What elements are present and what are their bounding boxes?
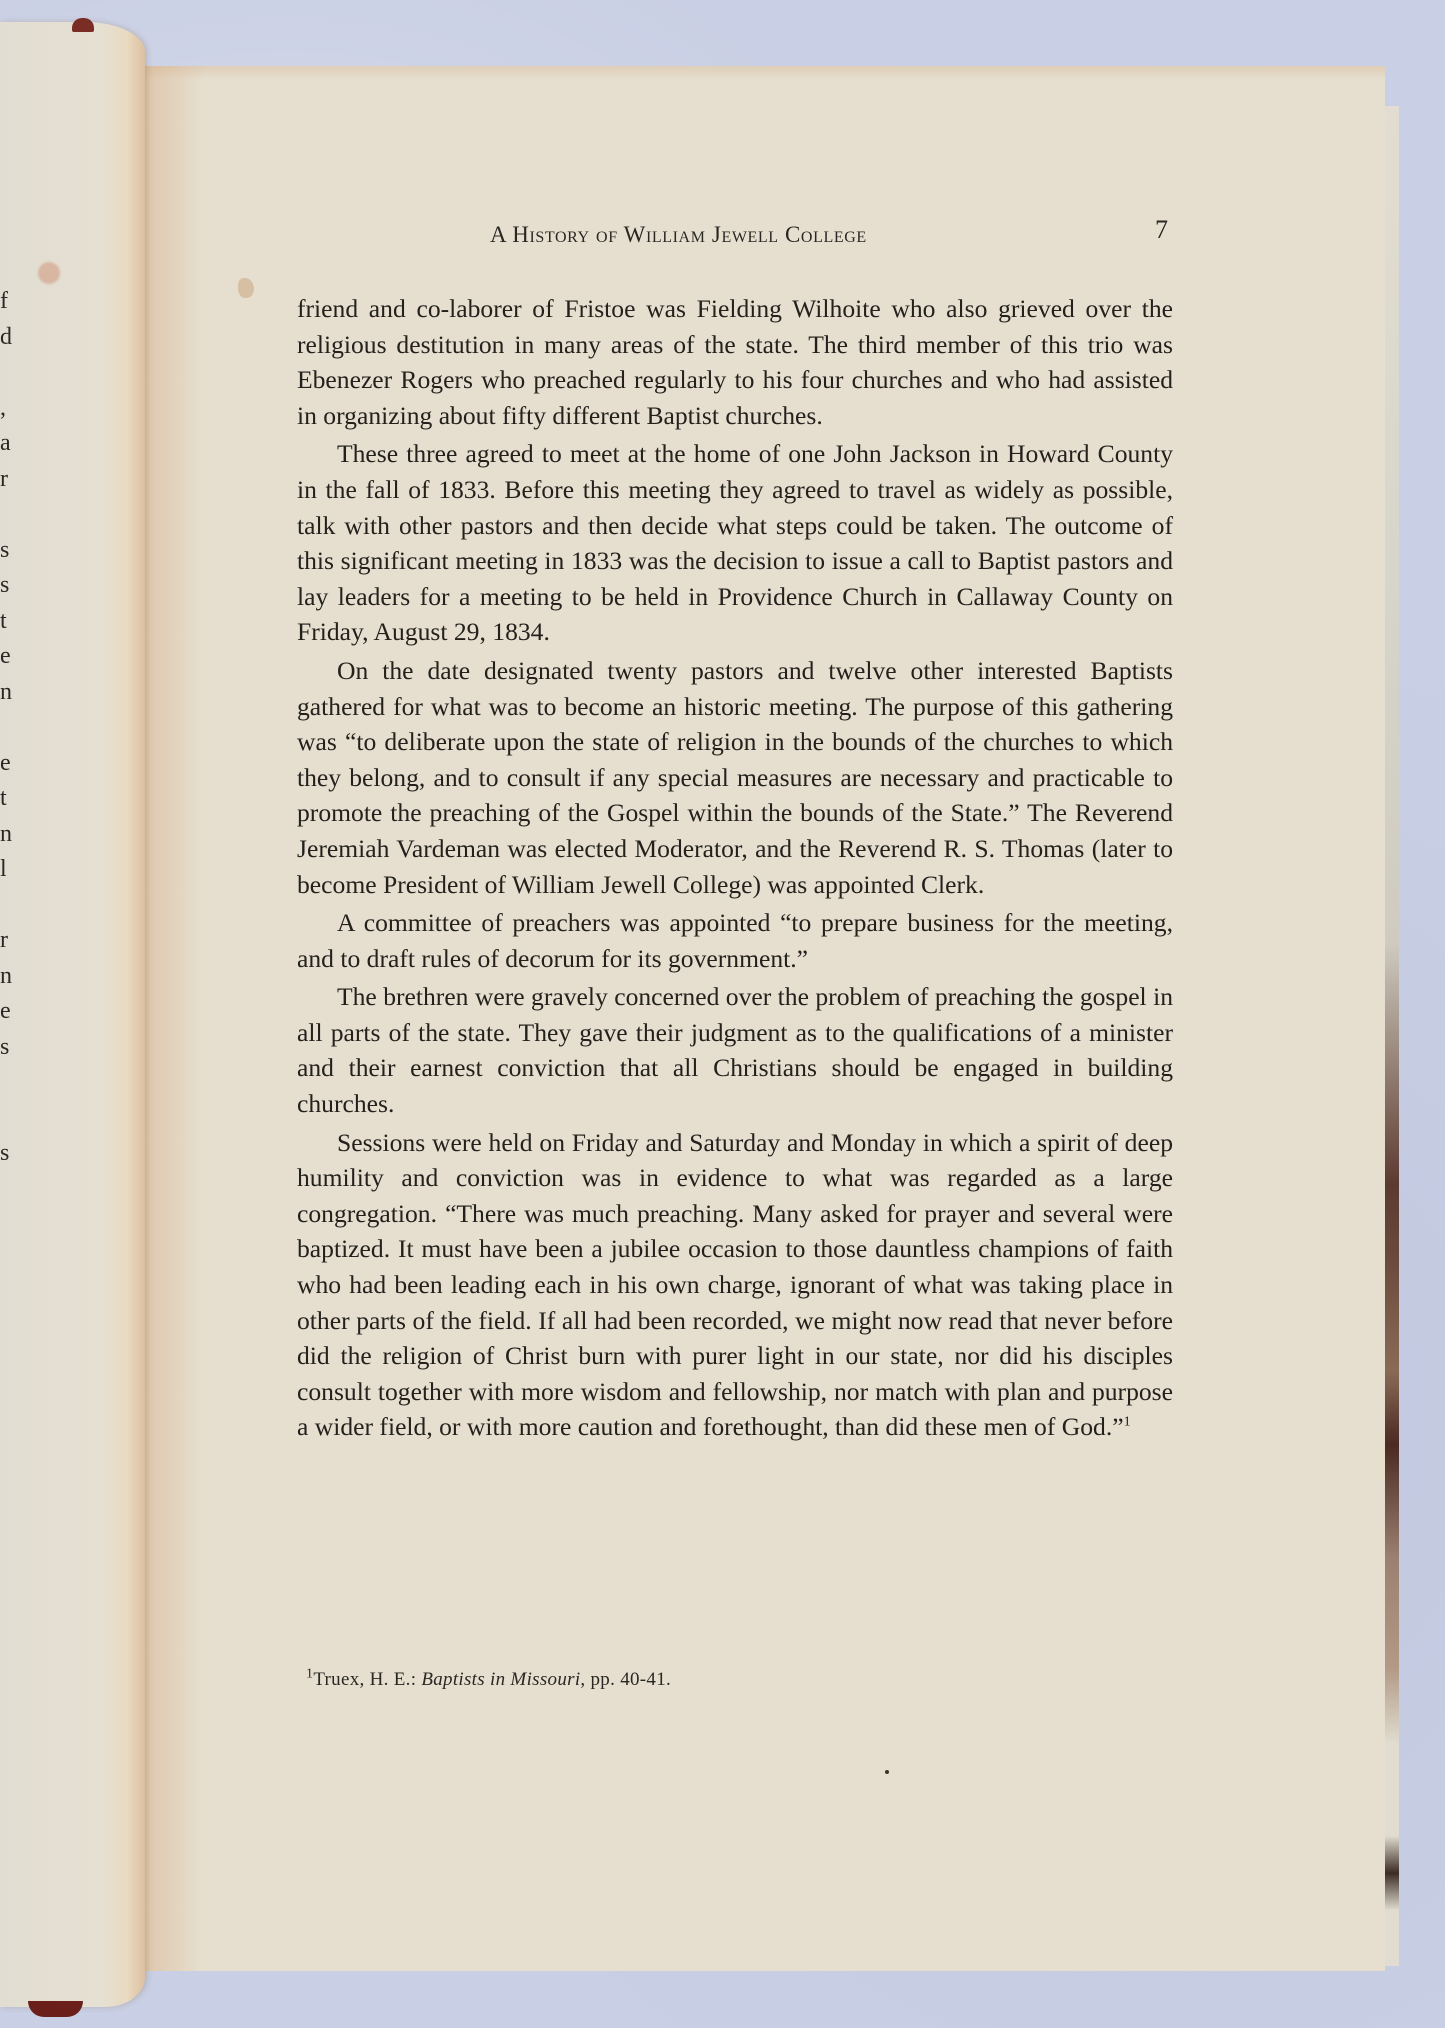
paper-stain xyxy=(238,278,254,298)
footnote-title: Baptists in Missouri xyxy=(421,1669,580,1690)
book-cover-corner xyxy=(28,2001,83,2017)
paragraph: On the date designated twenty pastors an… xyxy=(297,653,1173,902)
paper-speck xyxy=(885,1770,889,1774)
page-edge-stack xyxy=(1385,106,1399,1966)
footnote-author: Truex, H. E.: xyxy=(313,1669,421,1690)
body-text: friend and co-laborer of Fristoe was Fie… xyxy=(297,291,1173,1445)
book-cover-corner xyxy=(72,18,94,32)
facing-left-page: f d , a r s s t e n e t n l r n e s s xyxy=(0,22,145,2007)
footnote-pages: , pp. 40-41. xyxy=(580,1669,671,1690)
page-number: 7 xyxy=(1155,215,1168,245)
left-page-cutoff-text: f d , a r s s t e n e t n l r n e s s xyxy=(0,284,14,1172)
paragraph-last: Sessions were held on Friday and Saturda… xyxy=(297,1125,1173,1445)
running-head: A History of William Jewell College xyxy=(490,222,867,248)
footnote: 1Truex, H. E.: Baptists in Missouri, pp.… xyxy=(306,1669,671,1691)
paragraph: friend and co-laborer of Fristoe was Fie… xyxy=(297,291,1173,433)
paragraph: A committee of preachers was appointed “… xyxy=(297,905,1173,976)
paragraph: These three agreed to meet at the home o… xyxy=(297,436,1173,650)
paragraph: The brethren were gravely concerned over… xyxy=(297,979,1173,1121)
paper-stain xyxy=(38,262,60,284)
paragraph-text: Sessions were held on Friday and Saturda… xyxy=(297,1128,1173,1442)
footnote-reference: 1 xyxy=(1124,1415,1131,1430)
